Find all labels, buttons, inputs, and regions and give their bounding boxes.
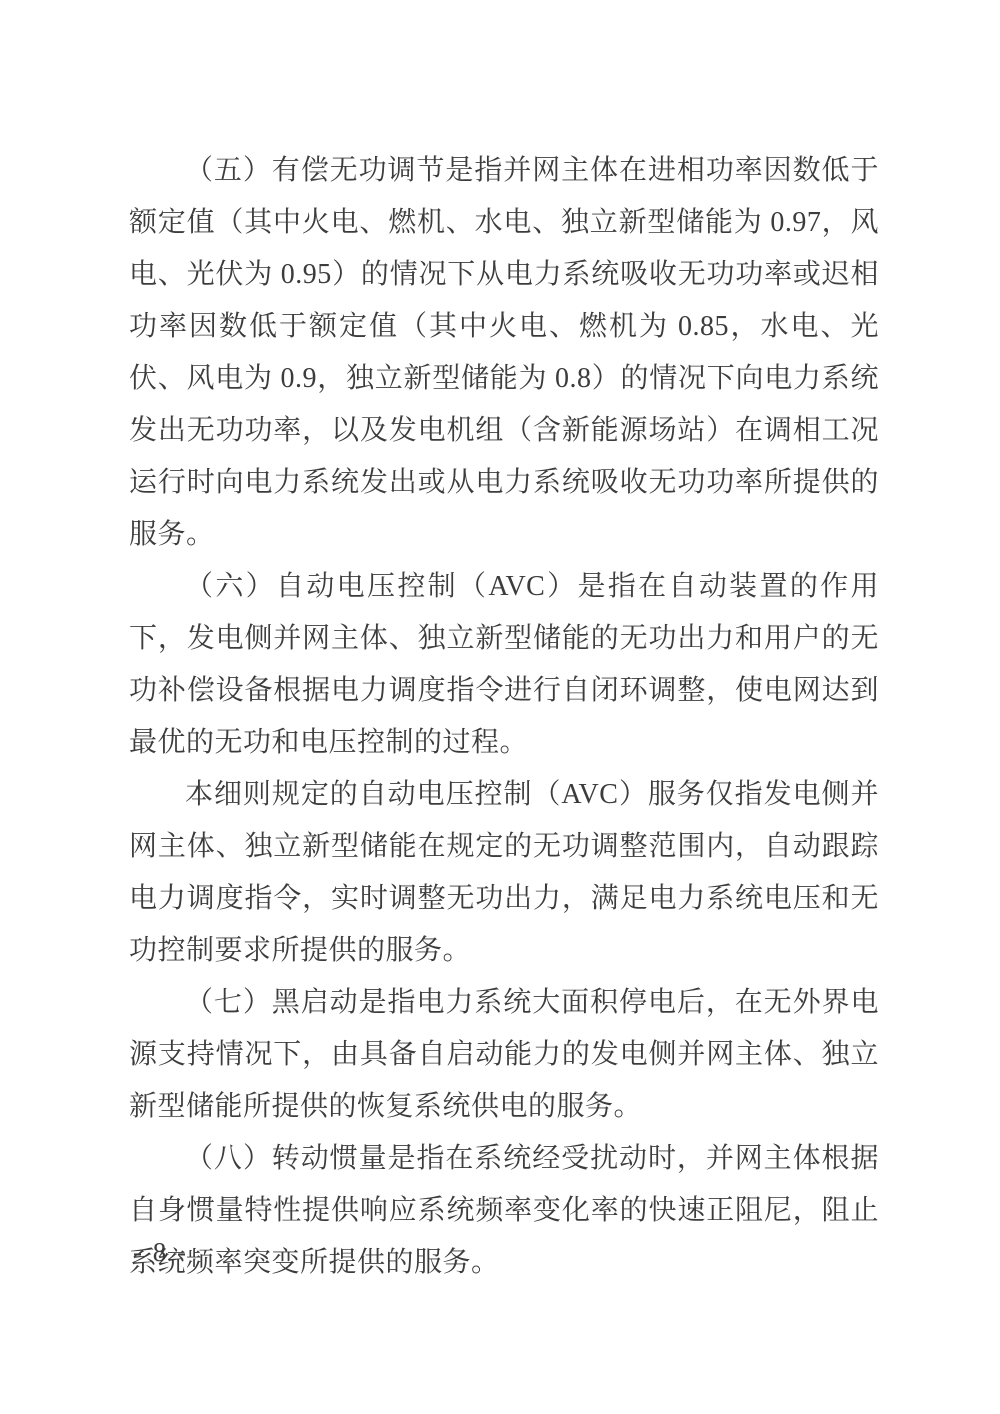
- paragraph-item-8: （八）转动惯量是指在系统经受扰动时，并网主体根据自身惯量特性提供响应系统频率变化…: [129, 1133, 879, 1289]
- paragraph-avc-scope: 本细则规定的自动电压控制（AVC）服务仅指发电侧并网主体、独立新型储能在规定的无…: [129, 769, 879, 977]
- document-page: （五）有偿无功调节是指并网主体在进相功率因数低于额定值（其中火电、燃机、水电、独…: [0, 0, 1000, 1414]
- paragraph-item-6: （六）自动电压控制（AVC）是指在自动装置的作用下，发电侧并网主体、独立新型储能…: [129, 561, 879, 769]
- document-body: （五）有偿无功调节是指并网主体在进相功率因数低于额定值（其中火电、燃机、水电、独…: [129, 145, 879, 1289]
- page-number: - 8 -: [133, 1236, 188, 1268]
- paragraph-item-5: （五）有偿无功调节是指并网主体在进相功率因数低于额定值（其中火电、燃机、水电、独…: [129, 145, 879, 561]
- paragraph-item-7: （七）黑启动是指电力系统大面积停电后，在无外界电源支持情况下，由具备自启动能力的…: [129, 977, 879, 1133]
